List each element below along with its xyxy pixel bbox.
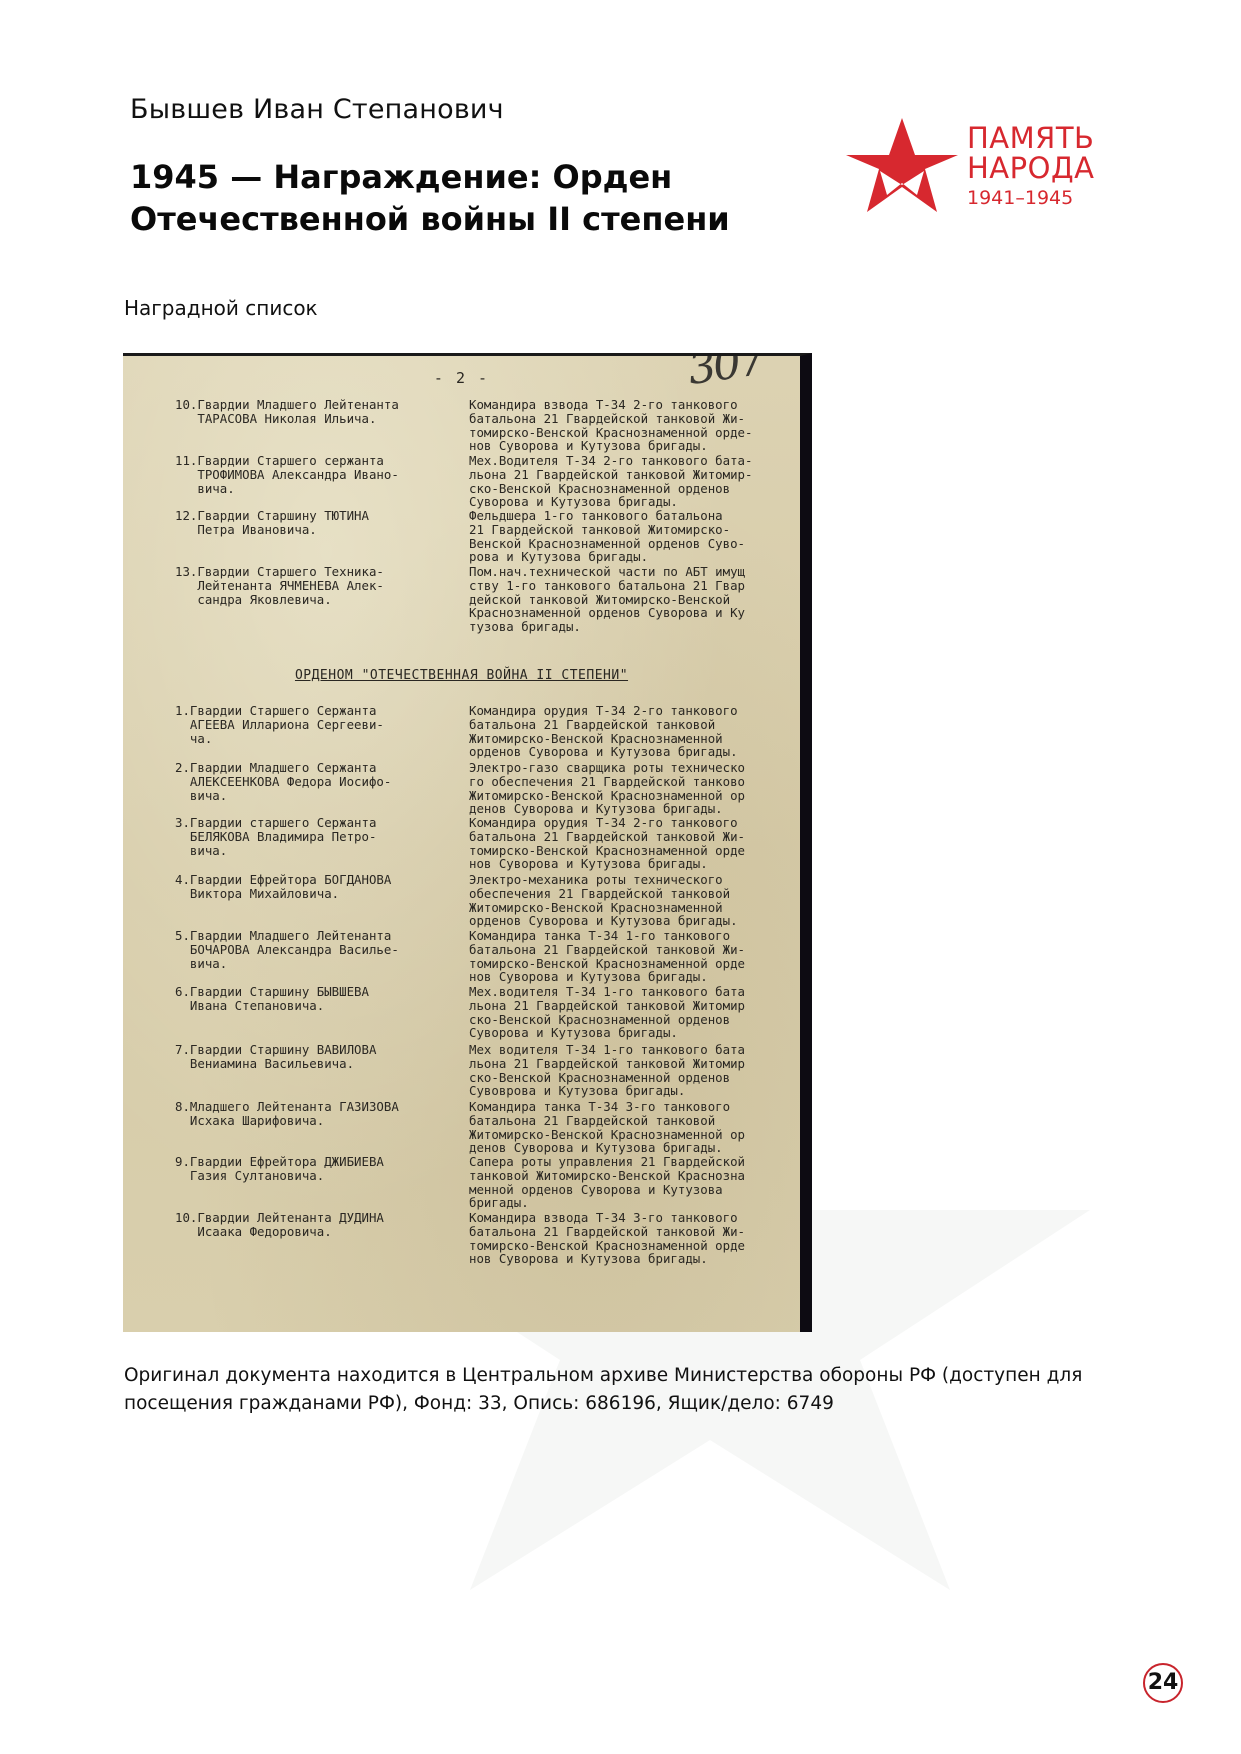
scan-entry-position: Электро-газо сварщика роты техническо го… bbox=[469, 761, 809, 816]
scan-entry-recipient: 12.Гвардии Старшину ТЮТИНА Петра Иванови… bbox=[175, 509, 453, 537]
scan-entry-recipient: 7.Гвардии Старшину ВАВИЛОВА Вениамина Ва… bbox=[175, 1043, 453, 1071]
scan-entry-position: Командира орудия Т-34 2-го танкового бат… bbox=[469, 704, 809, 759]
scan-entry-recipient: 1.Гвардии Старшего Сержанта АГЕЕВА Иллар… bbox=[175, 704, 453, 745]
scan-entry-position: Мех водителя Т-34 1-го танкового бата ль… bbox=[469, 1043, 809, 1098]
logo-text-line1: ПАМЯТЬ bbox=[967, 123, 1094, 153]
scan-entry-position: Командира танка Т-34 1-го танкового бата… bbox=[469, 929, 809, 984]
scan-entry-position: Командира орудия Т-34 2-го танкового бат… bbox=[469, 816, 809, 871]
red-star-icon bbox=[845, 115, 960, 215]
award-title: 1945 — Награждение: Орден Отечественной … bbox=[130, 156, 770, 240]
scan-handwritten-number: 307 bbox=[687, 353, 763, 377]
scan-entry-position: Фельдшера 1-го танкового батальона 21 Гв… bbox=[469, 509, 809, 564]
scan-entry-recipient: 6.Гвардии Старшину БЫВШЕВА Ивана Степано… bbox=[175, 985, 453, 1013]
scan-entry-recipient: 3.Гвардии старшего Сержанта БЕЛЯКОВА Вла… bbox=[175, 816, 453, 857]
person-name: Бывшев Иван Степанович bbox=[130, 94, 504, 125]
scan-entry-position: Сапера роты управления 21 Гвардейской та… bbox=[469, 1155, 809, 1210]
scan-entry-recipient: 4.Гвардии Ефрейтора БОГДАНОВА Виктора Ми… bbox=[175, 873, 453, 901]
scanned-award-document: - 2 - 307 ОРДЕНОМ "ОТЕЧЕСТВЕННАЯ ВОЙНА I… bbox=[123, 353, 812, 1332]
scan-entry-recipient: 13.Гвардии Старшего Техника- Лейтенанта … bbox=[175, 565, 453, 606]
pamyat-naroda-logo: ПАМЯТЬ НАРОДА 1941–1945 bbox=[845, 115, 1115, 225]
scan-entry-recipient: 10.Гвардии Лейтенанта ДУДИНА Исаака Федо… bbox=[175, 1211, 453, 1239]
archive-caption: Оригинал документа находится в Центральн… bbox=[124, 1362, 1114, 1418]
scan-section-heading: ОРДЕНОМ "ОТЕЧЕСТВЕННАЯ ВОЙНА II СТЕПЕНИ" bbox=[123, 669, 800, 683]
scan-entry-position: Пом.нач.технической части по АБТ имущ ст… bbox=[469, 565, 809, 634]
scan-entry-position: Командира танка Т-34 3-го танкового бата… bbox=[469, 1100, 809, 1155]
scan-entry-position: Командира взвода Т-34 2-го танкового бат… bbox=[469, 398, 809, 453]
scan-entry-recipient: 2.Гвардии Младшего Сержанта АЛЕКСЕЕНКОВА… bbox=[175, 761, 453, 802]
scan-entry-position: Мех.Водителя Т-34 2-го танкового бата- л… bbox=[469, 454, 809, 509]
logo-text-line2: НАРОДА bbox=[967, 153, 1094, 183]
scan-entry-position: Электро-механика роты технического обесп… bbox=[469, 873, 809, 928]
scan-entry-recipient: 10.Гвардии Младшего Лейтенанта ТАРАСОВА … bbox=[175, 398, 453, 426]
section-label: Наградной список bbox=[124, 296, 318, 320]
page-number: 24 bbox=[1143, 1663, 1183, 1703]
logo-years: 1941–1945 bbox=[967, 185, 1094, 211]
scan-entry-recipient: 5.Гвардии Младшего Лейтенанта БОЧАРОВА А… bbox=[175, 929, 453, 970]
scan-entry-recipient: 11.Гвардии Старшего сержанта ТРОФИМОВА А… bbox=[175, 454, 453, 495]
scan-entry-recipient: 8.Младшего Лейтенанта ГАЗИЗОВА Исхака Ша… bbox=[175, 1100, 453, 1128]
scan-entry-position: Командира взвода Т-34 3-го танкового бат… bbox=[469, 1211, 809, 1266]
scan-entry-recipient: 9.Гвардии Ефрейтора ДЖИБИЕВА Газия Султа… bbox=[175, 1155, 453, 1183]
scan-entry-position: Мех.водителя Т-34 1-го танкового бата ль… bbox=[469, 985, 809, 1040]
